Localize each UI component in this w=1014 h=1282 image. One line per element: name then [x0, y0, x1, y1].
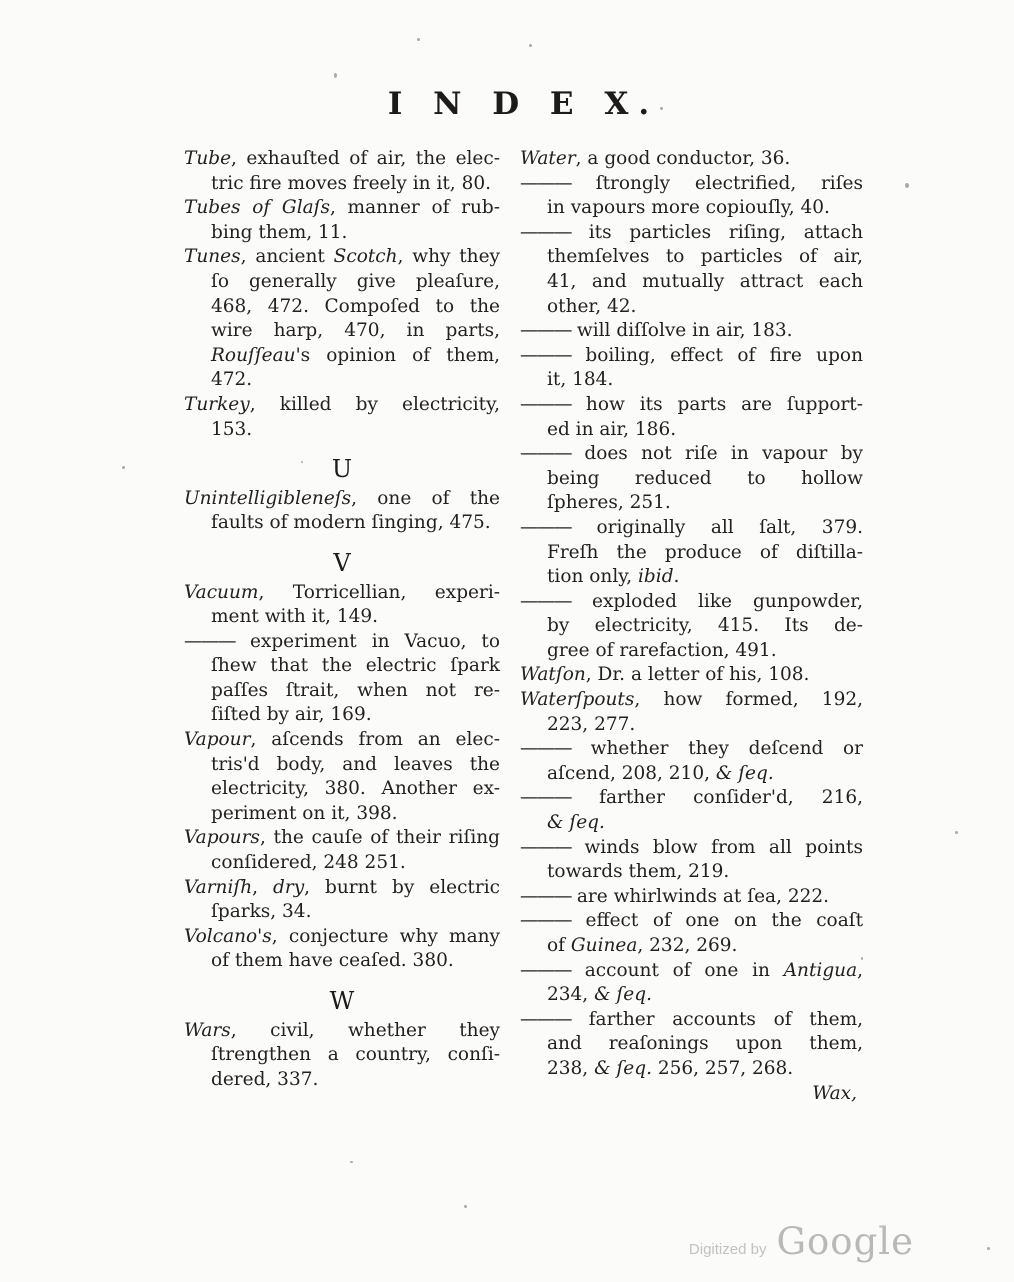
entry-text: aſcend, 208, 210,	[547, 763, 716, 784]
entry-text: ſo generally give pleaſure,	[211, 271, 500, 292]
entry-line: Unintelligibleneſs, one of the	[184, 487, 500, 512]
ditto-dash: ———	[520, 886, 571, 907]
entry-text: , Torricellian, experi-	[258, 582, 500, 603]
entry-line: it, 184.	[520, 368, 863, 393]
entry-text: 472.	[211, 369, 252, 390]
entry-line: ſo generally give pleaſure,	[184, 270, 500, 295]
entry-line: Watſon, Dr. a letter of his, 108.	[520, 663, 863, 688]
entry-text: ment with it, 149.	[211, 606, 378, 627]
entry-line: ——— experiment in Vacuo, to	[184, 630, 500, 655]
scan-speck	[905, 183, 909, 188]
entry-line: & ſeq.	[520, 811, 863, 836]
headword-italic: & ſeq.	[547, 812, 605, 833]
entry-line: in vapours more copiouſly, 40.	[520, 196, 863, 221]
entry-text: tion only,	[547, 566, 638, 587]
headword-italic: Wars	[184, 1020, 231, 1041]
section-heading: V	[184, 551, 500, 576]
entry-text: wire harp, 470, in parts,	[211, 320, 500, 341]
entry-text: , one of the	[351, 488, 500, 509]
section-heading: W	[184, 989, 500, 1014]
scan-speck	[464, 1205, 467, 1208]
entry-line: wire harp, 470, in parts,	[184, 319, 500, 344]
ditto-dash: ———	[520, 222, 571, 243]
headword-italic: Waterſpouts	[520, 689, 634, 710]
entry-text: its particles riſing, attach	[571, 222, 863, 243]
headword-italic: Wax,	[812, 1083, 857, 1104]
index-entry: ——— account of one in Antigua,234, & ſeq…	[520, 959, 863, 1008]
entry-line: themſelves to particles of air,	[520, 245, 863, 270]
ditto-dash: ———	[520, 320, 571, 341]
index-entry: ——— does not riſe in vapour bybeing redu…	[520, 442, 863, 516]
entry-text: account of one in	[571, 960, 784, 981]
entry-line: of Guinea, 232, 269.	[520, 934, 863, 959]
index-entry: ——— boiling, effect of fire uponit, 184.	[520, 344, 863, 393]
headword-italic: dry	[273, 877, 304, 898]
entry-line: tris'd body, and leaves the	[184, 753, 500, 778]
entry-text: towards them, 219.	[547, 861, 729, 882]
ditto-dash: ———	[520, 591, 571, 612]
ditto-dash: ———	[520, 345, 571, 366]
entry-line: 41, and mutually attract each	[520, 270, 863, 295]
entry-line: ——— are whirlwinds at ſea, 222.	[520, 885, 863, 910]
entry-text: , why they	[398, 246, 500, 267]
entry-line: by electricity, 415. Its de-	[520, 614, 863, 639]
headword-italic: Antigua	[784, 960, 857, 981]
entry-line: and reaſonings upon them,	[520, 1032, 863, 1057]
entry-text: 256, 257, 268.	[652, 1058, 793, 1079]
entry-line: 223, 277.	[520, 713, 863, 738]
ditto-dash: ———	[520, 394, 571, 415]
entry-text: boiling, effect of fire upon	[571, 345, 863, 366]
entry-text: 238,	[547, 1058, 594, 1079]
entry-line: ment with it, 149.	[184, 605, 500, 630]
entry-text: will diſſolve in air, 183.	[571, 320, 793, 341]
entry-line: ——— exploded like gunpowder,	[520, 590, 863, 615]
scan-speck	[955, 831, 958, 834]
ditto-dash: ———	[520, 960, 571, 981]
scan-speck	[529, 44, 532, 47]
entry-line: gree of rarefaction, 491.	[520, 639, 863, 664]
entry-text: , a good conductor, 36.	[576, 148, 791, 169]
headword-italic: Tunes	[184, 246, 241, 267]
index-entry: ——— ſtrongly electrified, riſesin vapour…	[520, 172, 863, 221]
entry-line: paſſes ſtrait, when not re-	[184, 679, 500, 704]
entry-line: tion only, ibid.	[520, 565, 863, 590]
entry-line: of them have ceaſed. 380.	[184, 949, 500, 974]
entry-text: ſhew that the electric ſpark	[211, 655, 500, 676]
entry-text: dered, 337.	[211, 1069, 318, 1090]
ditto-dash: ———	[184, 631, 235, 652]
entry-text: conſidered, 248 251.	[211, 852, 406, 873]
entry-line: 234, & ſeq.	[520, 983, 863, 1008]
scan-speck	[334, 73, 337, 78]
entry-line: Water, a good conductor, 36.	[520, 147, 863, 172]
headword-italic: Watſon	[520, 664, 586, 685]
entry-line: faults of modern ſinging, 475.	[184, 511, 500, 536]
ditto-dash: ———	[520, 173, 571, 194]
entry-text: , 232, 269.	[637, 935, 737, 956]
index-entry: Wax,	[520, 1082, 863, 1107]
entry-line: 238, & ſeq. 256, 257, 268.	[520, 1057, 863, 1082]
entry-text: effect of one on the coaſt	[571, 910, 863, 931]
entry-text: ,	[252, 877, 273, 898]
headword-italic: Volcano's	[184, 926, 272, 947]
entry-text: ,	[857, 960, 863, 981]
entry-line: towards them, 219.	[520, 860, 863, 885]
entry-text: experiment in Vacuo, to	[235, 631, 500, 652]
entry-line: ſhew that the electric ſpark	[184, 654, 500, 679]
ditto-dash: ———	[520, 1009, 571, 1030]
entry-text: tris'd body, and leaves the	[211, 754, 500, 775]
headword-italic: Vacuum	[184, 582, 258, 603]
page-title: I N D E X.	[184, 86, 863, 122]
scan-speck	[122, 466, 125, 469]
entry-line: Wax,	[520, 1082, 863, 1107]
entry-line: periment on it, 398.	[184, 802, 500, 827]
index-entry: Tubes of Glaſs, manner of rub-bing them,…	[184, 196, 500, 245]
entry-text: in vapours more copiouſly, 40.	[547, 197, 830, 218]
column-right: Water, a good conductor, 36.——— ſtrongly…	[520, 147, 863, 1106]
headword-italic: Rouſſeau	[211, 345, 296, 366]
entry-text: it, 184.	[547, 369, 613, 390]
entry-text: ſpheres, 251.	[547, 492, 671, 513]
entry-text: , the cauſe of their riſing	[260, 827, 500, 848]
entry-text: , conjecture why many	[272, 926, 500, 947]
entry-text: and reaſonings upon them,	[547, 1033, 863, 1054]
entry-text: , Dr. a letter of his, 108.	[586, 664, 810, 685]
entry-text: , ancient	[241, 246, 334, 267]
google-watermark: Digitized by Google	[689, 1220, 914, 1263]
book-page: I N D E X. Tube, exhauſted of air, the e…	[0, 0, 1014, 1282]
index-columns: Tube, exhauſted of air, the elec-tric fi…	[184, 147, 863, 1106]
entry-text: electricity, 380. Another ex-	[211, 778, 500, 799]
entry-text: faults of modern ſinging, 475.	[211, 512, 491, 533]
headword-italic: Tubes of Glaſs	[184, 197, 330, 218]
entry-text: exploded like gunpowder,	[571, 591, 863, 612]
ditto-dash: ———	[520, 910, 571, 931]
entry-line: ed in air, 186.	[520, 418, 863, 443]
entry-line: Varniſh, dry, burnt by electric	[184, 876, 500, 901]
headword-italic: Scotch	[334, 246, 398, 267]
entry-line: ſiſted by air, 169.	[184, 703, 500, 728]
entry-text: how its parts are ſupport-	[571, 394, 863, 415]
entry-line: ——— will diſſolve in air, 183.	[520, 319, 863, 344]
index-entry: Tunes, ancient Scotch, why theyſo genera…	[184, 245, 500, 393]
entry-line: ——— winds blow from all points	[520, 836, 863, 861]
entry-line: ——— farther conſider'd, 216,	[520, 786, 863, 811]
entry-text: , how formed, 192,	[634, 689, 863, 710]
entry-line: ——— how its parts are ſupport-	[520, 393, 863, 418]
entry-line: being reduced to hollow	[520, 467, 863, 492]
ditto-dash: ———	[520, 787, 571, 808]
headword-italic: Water	[520, 148, 576, 169]
entry-text: , aſcends from an elec-	[250, 729, 500, 750]
entry-line: dered, 337.	[184, 1068, 500, 1093]
entry-line: 472.	[184, 368, 500, 393]
entry-text: gree of rarefaction, 491.	[547, 640, 777, 661]
entry-line: ſpheres, 251.	[520, 491, 863, 516]
entry-text: , killed by electricity,	[250, 394, 500, 415]
scan-speck	[987, 1247, 990, 1250]
entry-text: ſiſted by air, 169.	[211, 704, 372, 725]
headword-italic: Vapours	[184, 827, 260, 848]
index-entry: ——— exploded like gunpowder,by electrici…	[520, 590, 863, 664]
entry-text: farther accounts of them,	[571, 1009, 863, 1030]
entry-text: ſtrongly electrified, riſes	[571, 173, 863, 194]
index-entry: Watſon, Dr. a letter of his, 108.	[520, 663, 863, 688]
scan-speck	[861, 957, 863, 960]
entry-line: Freſh the produce of diſtilla-	[520, 541, 863, 566]
entry-line: conſidered, 248 251.	[184, 851, 500, 876]
entry-line: Rouſſeau's opinion of them,	[184, 344, 500, 369]
headword-italic: Tube	[184, 148, 231, 169]
index-entry: Tube, exhauſted of air, the elec-tric fi…	[184, 147, 500, 196]
headword-italic: & ſeq.	[716, 763, 774, 784]
entry-line: 153.	[184, 418, 500, 443]
index-entry: ——— winds blow from all pointstowards th…	[520, 836, 863, 885]
entry-text: themſelves to particles of air,	[547, 246, 863, 267]
entry-line: Wars, civil, whether they	[184, 1019, 500, 1044]
headword-italic: & ſeq.	[594, 1058, 652, 1079]
index-entry: Waterſpouts, how formed, 192,223, 277.	[520, 688, 863, 737]
entry-line: Vacuum, Torricellian, experi-	[184, 581, 500, 606]
entry-line: Vapours, the cauſe of their riſing	[184, 826, 500, 851]
headword-italic: Turkey	[184, 394, 250, 415]
index-entry: Varniſh, dry, burnt by electricſparks, 3…	[184, 876, 500, 925]
entry-line: Waterſpouts, how formed, 192,	[520, 688, 863, 713]
entry-line: ——— farther accounts of them,	[520, 1008, 863, 1033]
index-entry: ——— will diſſolve in air, 183.	[520, 319, 863, 344]
entry-line: Tunes, ancient Scotch, why they	[184, 245, 500, 270]
headword-italic: & ſeq.	[594, 984, 652, 1005]
index-entry: Unintelligibleneſs, one of thefaults of …	[184, 487, 500, 536]
entry-text: does not riſe in vapour by	[571, 443, 863, 464]
entry-text: ſparks, 34.	[211, 901, 311, 922]
entry-line: ſparks, 34.	[184, 900, 500, 925]
index-entry: ——— originally all ſalt, 379.Freſh the p…	[520, 516, 863, 590]
entry-text: 223, 277.	[547, 714, 635, 735]
entry-line: Tubes of Glaſs, manner of rub-	[184, 196, 500, 221]
entry-text: 234,	[547, 984, 594, 1005]
entry-line: other, 42.	[520, 295, 863, 320]
entry-text: are whirlwinds at ſea, 222.	[571, 886, 829, 907]
index-entry: ——— whether they deſcend oraſcend, 208, …	[520, 737, 863, 786]
entry-text: .	[674, 566, 680, 587]
entry-text: other, 42.	[547, 296, 636, 317]
entry-line: Tube, exhauſted of air, the elec-	[184, 147, 500, 172]
index-entry: ——— farther conſider'd, 216,& ſeq.	[520, 786, 863, 835]
entry-line: ——— effect of one on the coaſt	[520, 909, 863, 934]
index-entry: ——— its particles riſing, attachthemſelv…	[520, 221, 863, 319]
entry-text: , burnt by electric	[304, 877, 500, 898]
index-entry: ——— effect of one on the coaſtof Guinea,…	[520, 909, 863, 958]
entry-text: ſtrengthen a country, conſi-	[211, 1044, 500, 1065]
headword-italic: Unintelligibleneſs	[184, 488, 351, 509]
entry-text: 41, and mutually attract each	[547, 271, 863, 292]
entry-text: tric fire moves freely in it, 80.	[211, 173, 491, 194]
scan-speck	[301, 461, 303, 463]
entry-text: 153.	[211, 419, 252, 440]
entry-line: Vapour, aſcends from an elec-	[184, 728, 500, 753]
entry-line: ——— its particles riſing, attach	[520, 221, 863, 246]
index-entry: ——— experiment in Vacuo, toſhew that the…	[184, 630, 500, 728]
scan-speck	[417, 38, 420, 41]
entry-text: ed in air, 186.	[547, 419, 676, 440]
ditto-dash: ———	[520, 517, 571, 538]
entry-text: , manner of rub-	[330, 197, 500, 218]
index-entry: Turkey, killed by electricity,153.	[184, 393, 500, 442]
entry-line: electricity, 380. Another ex-	[184, 777, 500, 802]
ditto-dash: ———	[520, 443, 571, 464]
entry-line: ——— boiling, effect of fire upon	[520, 344, 863, 369]
index-entry: Water, a good conductor, 36.	[520, 147, 863, 172]
entry-text: 's opinion of them,	[296, 345, 500, 366]
index-entry: Volcano's, conjecture why manyof them ha…	[184, 925, 500, 974]
entry-text: , civil, whether they	[231, 1020, 500, 1041]
entry-text: , exhauſted of air, the elec-	[231, 148, 500, 169]
scan-speck	[350, 1161, 353, 1163]
entry-text: of	[547, 935, 571, 956]
entry-line: bing them, 11.	[184, 221, 500, 246]
entry-text: paſſes ſtrait, when not re-	[211, 680, 500, 701]
entry-text: of them have ceaſed. 380.	[211, 950, 454, 971]
entry-line: aſcend, 208, 210, & ſeq.	[520, 762, 863, 787]
entry-line: tric fire moves freely in it, 80.	[184, 172, 500, 197]
entry-line: ſtrengthen a country, conſi-	[184, 1043, 500, 1068]
index-entry: Vapours, the cauſe of their riſingconſid…	[184, 826, 500, 875]
headword-italic: Vapour	[184, 729, 250, 750]
entry-line: ——— ſtrongly electrified, riſes	[520, 172, 863, 197]
entry-text: Freſh the produce of diſtilla-	[547, 542, 863, 563]
entry-text: periment on it, 398.	[211, 803, 398, 824]
entry-text: originally all ſalt, 379.	[571, 517, 863, 538]
index-entry: ——— are whirlwinds at ſea, 222.	[520, 885, 863, 910]
ditto-dash: ———	[520, 837, 571, 858]
section-heading: U	[184, 457, 500, 482]
google-logo: Google	[776, 1220, 914, 1263]
entry-line: ——— account of one in Antigua,	[520, 959, 863, 984]
entry-line: 468, 472. Compoſed to the	[184, 295, 500, 320]
index-entry: ——— farther accounts of them,and reaſoni…	[520, 1008, 863, 1082]
ditto-dash: ———	[520, 738, 571, 759]
entry-text: by electricity, 415. Its de-	[547, 615, 863, 636]
entry-line: Turkey, killed by electricity,	[184, 393, 500, 418]
entry-text: whether they deſcend or	[571, 738, 863, 759]
digitized-by-label: Digitized by	[689, 1241, 767, 1258]
entry-text: being reduced to hollow	[547, 468, 863, 489]
entry-text: farther conſider'd, 216,	[571, 787, 863, 808]
index-entry: Wars, civil, whether theyſtrengthen a co…	[184, 1019, 500, 1093]
page-content: I N D E X. Tube, exhauſted of air, the e…	[184, 86, 863, 1106]
entry-line: ——— whether they deſcend or	[520, 737, 863, 762]
index-entry: Vacuum, Torricellian, experi-ment with i…	[184, 581, 500, 630]
index-entry: ——— how its parts are ſupport-ed in air,…	[520, 393, 863, 442]
entry-text: winds blow from all points	[571, 837, 863, 858]
entry-text: 468, 472. Compoſed to the	[211, 296, 500, 317]
index-entry: Vapour, aſcends from an elec-tris'd body…	[184, 728, 500, 826]
scan-speck	[660, 107, 663, 110]
headword-italic: Guinea	[571, 935, 638, 956]
entry-line: ——— originally all ſalt, 379.	[520, 516, 863, 541]
entry-line: Volcano's, conjecture why many	[184, 925, 500, 950]
column-left: Tube, exhauſted of air, the elec-tric fi…	[184, 147, 500, 1106]
headword-italic: Varniſh	[184, 877, 252, 898]
entry-text: bing them, 11.	[211, 222, 347, 243]
headword-italic: ibid	[638, 566, 674, 587]
entry-line: ——— does not riſe in vapour by	[520, 442, 863, 467]
